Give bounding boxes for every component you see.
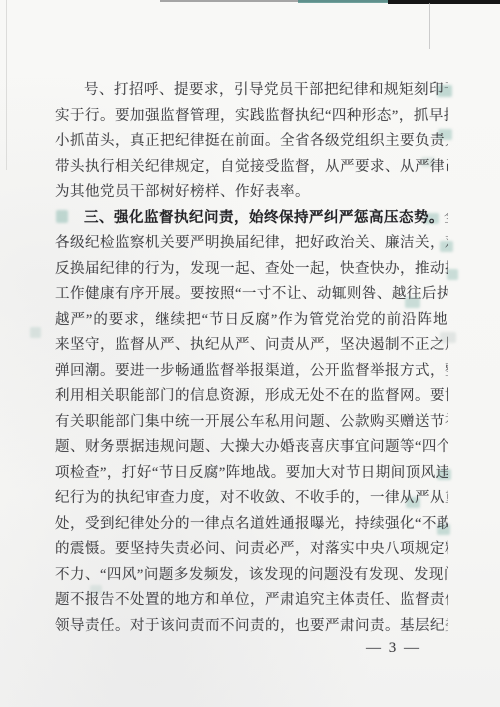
text-line: 来坚守，监督从严、执纪从严、问责从严，坚决遏制不正之风反 <box>55 333 448 359</box>
text-line: 为其他党员干部树好榜样、作好表率。 <box>55 180 448 206</box>
bleed-through-mark <box>30 327 41 338</box>
text-line: 各级纪检监察机关要严明换届纪律，把好政治关、廉洁关，对违 <box>55 231 448 257</box>
text-line: 号、打招呼、提要求，引导党员干部把纪律和规矩刻印于心、落 <box>55 78 448 104</box>
text-line: 越严”的要求，继续把“节日反腐”作为管党治党的前沿阵地 <box>55 308 448 334</box>
paper-crease <box>6 0 7 170</box>
scanned-document-page: 号、打招呼、提要求，引导党员干部把纪律和规矩刻印于心、落实于行。要加强监督管理，… <box>0 0 500 707</box>
text-line: 带头执行相关纪律规定，自觉接受监督，从严要求、从严律己， <box>55 155 448 181</box>
bleed-through-mark <box>447 269 458 280</box>
scan-edge-teal-artifact <box>298 0 394 3</box>
text-line: 小抓苗头，真正把纪律挺在前面。全省各级党组织主要负责人要 <box>55 129 448 155</box>
text-line: 领导责任。对于该问责而不问责的，也要严肃问责。基层纪委要 <box>55 614 448 640</box>
page-number: — 3 — <box>366 640 421 657</box>
text-line: 不力、“四风”问题多发频发，该发现的问题没有发现、发现问 <box>55 563 448 589</box>
text-line: 题、财务票据违规问题、大操大办婚丧喜庆事宜问题等“四个专 <box>55 435 448 461</box>
paragraph-section-three: 各级纪检监察机关要严明换届纪律，把好政治关、廉洁关，对违反换届纪律的行为，发现一… <box>55 231 448 639</box>
heading-line-tail: 全省 <box>444 210 448 226</box>
text-line: 纪行为的执纪审查力度，对不收敛、不收手的，一律从严从重查 <box>55 486 448 512</box>
text-line: 有关职能部门集中统一开展公车私用问题、公款购买赠送节礼问 <box>55 410 448 436</box>
section-heading: 三、强化监督执纪问责，始终保持严纠严惩高压态势。 <box>84 210 444 226</box>
text-line: 项检查”，打好“节日反腐”阵地战。要加大对节日期间顶风违 <box>55 461 448 487</box>
text-line: 题不报告不处置的地方和单位，严肃追究主体责任、监督责任和 <box>55 588 448 614</box>
text-line: 处，受到纪律处分的一律点名道姓通报曝光，持续强化“不敢” <box>55 512 448 538</box>
text-line: 弹回潮。要进一步畅通监督举报渠道，公开监督举报方式，整合 <box>55 359 448 385</box>
section-heading-line: 三、强化监督执纪问责，始终保持严纠严惩高压态势。全省 <box>55 206 448 232</box>
text-line: 利用相关职能部门的信息资源，形成无处不在的监督网。要协调 <box>55 384 448 410</box>
document-body-text: 号、打招呼、提要求，引导党员干部把纪律和规矩刻印于心、落实于行。要加强监督管理，… <box>55 78 448 639</box>
text-line: 的震慑。要坚持失责必问、问责必严，对落实中央八项规定精神 <box>55 537 448 563</box>
paper-fold-line <box>429 3 430 49</box>
text-line: 实于行。要加强监督管理，实践监督执纪“四种形态”，抓早抓 <box>55 104 448 130</box>
text-line: 反换届纪律的行为，发现一起、查处一起，快查快办，推动换届 <box>55 257 448 283</box>
scan-edge-artifact <box>388 0 500 4</box>
text-line: 工作健康有序开展。要按照“一寸不让、动辄则咎、越往后执纪 <box>55 282 448 308</box>
paragraph-continuation: 号、打招呼、提要求，引导党员干部把纪律和规矩刻印于心、落实于行。要加强监督管理，… <box>55 78 448 206</box>
